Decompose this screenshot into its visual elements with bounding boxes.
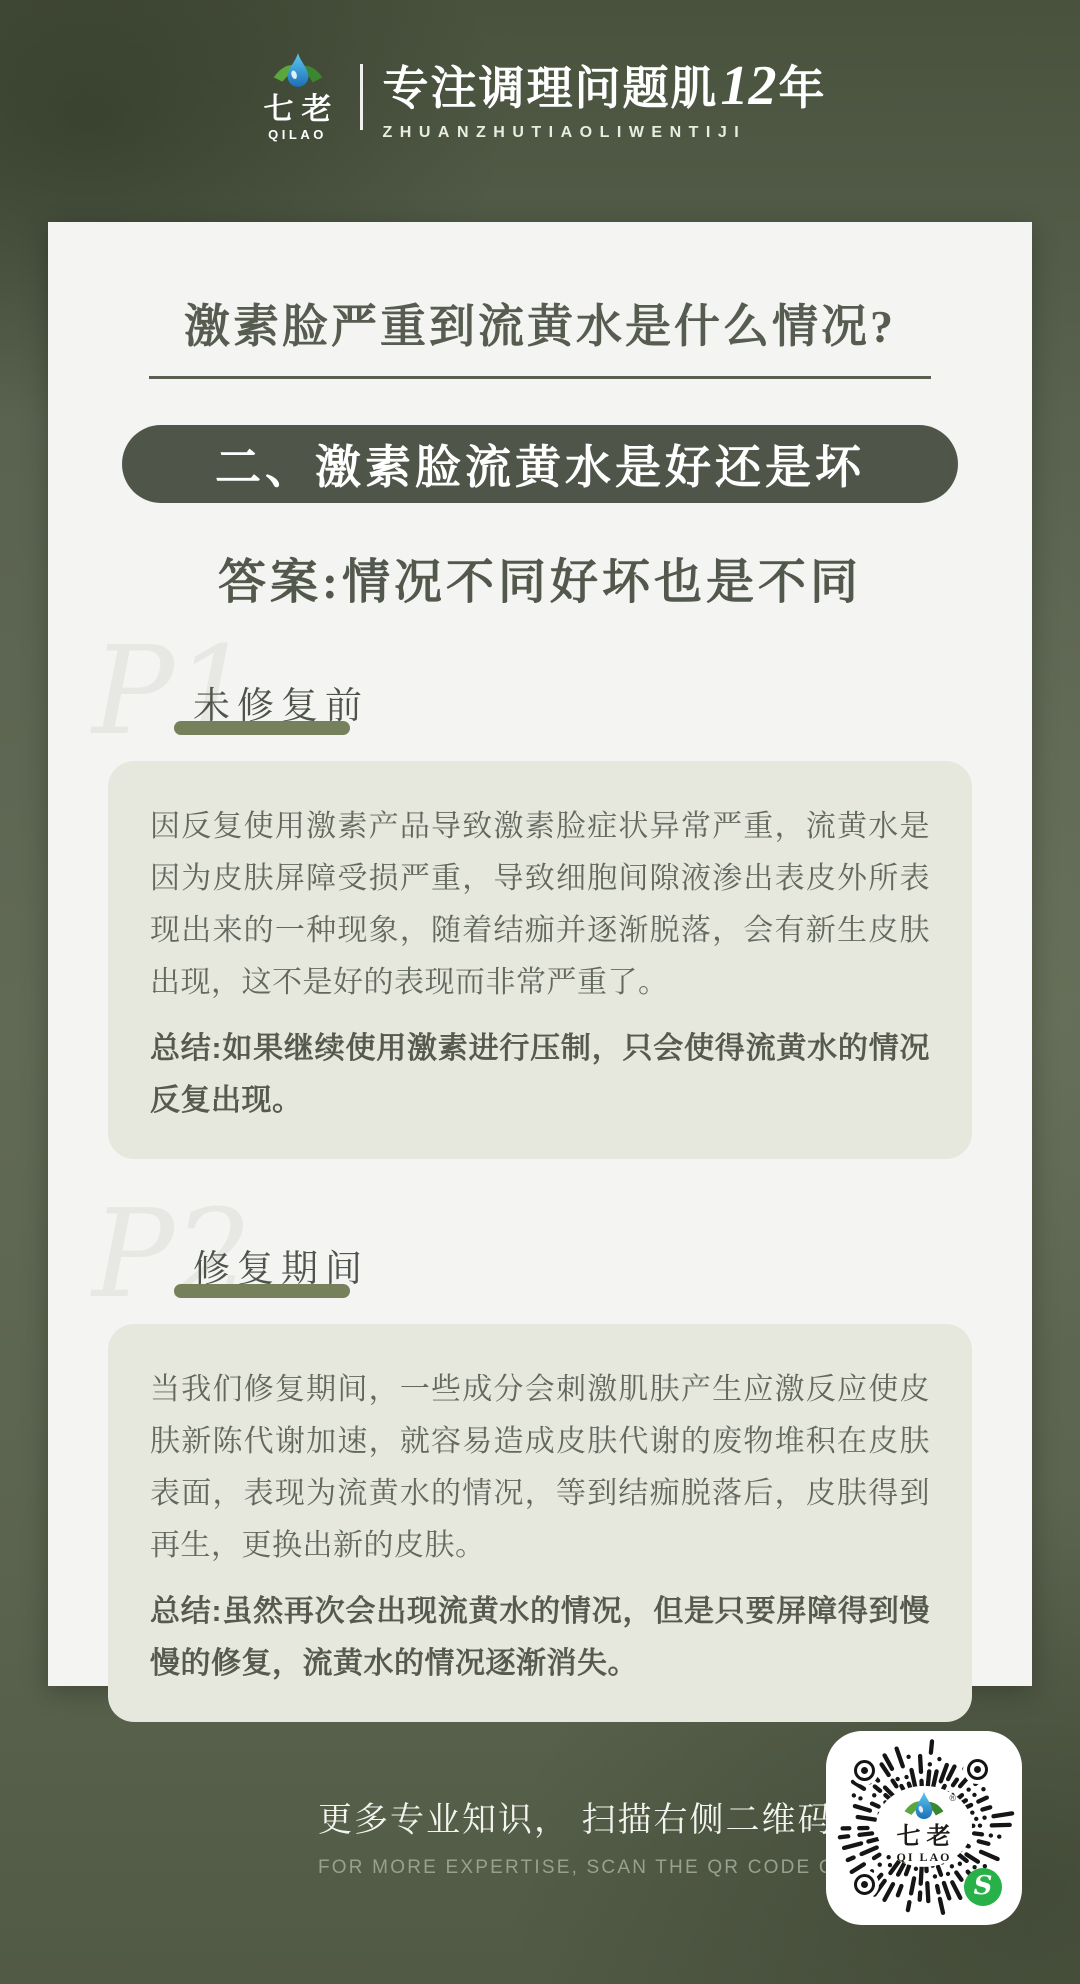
header-title: 专注调理问题肌12年: [383, 52, 825, 118]
poster-page: 七老 QILAO 专注调理问题肌12年 ZHUANZHUTIAOLIWENTIJ…: [0, 0, 1080, 1984]
section-heading-before-repair: 未修复前: [193, 642, 369, 725]
header-subtitle: ZHUANZHUTIAOLIWENTIJI: [383, 124, 825, 142]
qr-code: ® 七老 QI LAO S: [826, 1731, 1022, 1925]
text-box-before-repair: 因反复使用激素产品导致激素脸症状异常严重，流黄水是因为皮肤屏障受损严重，导致细胞…: [108, 761, 972, 1159]
header-text: 专注调理问题肌12年 ZHUANZHUTIAOLIWENTIJI: [383, 52, 825, 142]
qr-locator-icon: [854, 1874, 875, 1895]
title-divider: [149, 376, 931, 379]
section-before-repair: P1 未修复前 因反复使用激素产品导致激素脸症状异常严重，流黄水是因为皮肤屏障受…: [48, 642, 1032, 1159]
header-title-suffix: 年: [779, 52, 825, 118]
qr-locator-icon: [967, 1759, 988, 1780]
page-title: 激素脸严重到流黄水是什么情况?: [48, 290, 1032, 356]
qr-brand-cn: 七老: [881, 1825, 972, 1849]
wechat-miniprogram-icon: S: [964, 1868, 1002, 1906]
brand-name-en: QILAO: [268, 128, 327, 141]
content-card: 激素脸严重到流黄水是什么情况? 二、激素脸流黄水是好还是坏 答案:情况不同好坏也…: [48, 222, 1032, 1686]
brand-logo: 七老 QILAO: [256, 53, 340, 141]
waterdrop-leaf-icon: [876, 1792, 972, 1824]
body-paragraph: 因反复使用激素产品导致激素脸症状异常严重，流黄水是因为皮肤屏障受损严重，导致细胞…: [150, 801, 930, 1009]
qr-brand-en: QI LAO: [876, 1851, 972, 1863]
section-during-repair: P2 修复期间 当我们修复期间，一些成分会刺激肌肤产生应激反应使皮肤新陈代谢加速…: [48, 1205, 1032, 1722]
header-title-main: 专注调理问题肌: [383, 52, 719, 118]
header-divider: [360, 64, 363, 130]
summary-paragraph: 总结:如果继续使用激素进行压制，只会使得流黄水的情况反复出现。: [150, 1023, 930, 1127]
text-box-during-repair: 当我们修复期间，一些成分会刺激肌肤产生应激反应使皮肤新陈代谢加速，就容易造成皮肤…: [108, 1324, 972, 1722]
body-paragraph: 当我们修复期间，一些成分会刺激肌肤产生应激反应使皮肤新陈代谢加速，就容易造成皮肤…: [150, 1364, 930, 1572]
registered-trademark: ®: [949, 1794, 956, 1803]
qr-locator-icon: [854, 1760, 875, 1781]
header-title-number: 12: [719, 54, 779, 118]
summary-paragraph: 总结:虽然再次会出现流黄水的情况，但是只要屏障得到慢慢的修复，流黄水的情况逐渐消…: [150, 1586, 930, 1690]
section-pill-title: 二、激素脸流黄水是好还是坏: [122, 425, 958, 503]
answer-line: 答案:情况不同好坏也是不同: [48, 543, 1032, 612]
brand-name-cn: 七老: [264, 95, 340, 125]
brand-header: 七老 QILAO 专注调理问题肌12年 ZHUANZHUTIAOLIWENTIJ…: [0, 52, 1080, 142]
qr-center-logo: ® 七老 QI LAO: [876, 1786, 972, 1867]
waterdrop-leaf-icon: [272, 53, 324, 93]
section-heading-during-repair: 修复期间: [193, 1205, 369, 1288]
